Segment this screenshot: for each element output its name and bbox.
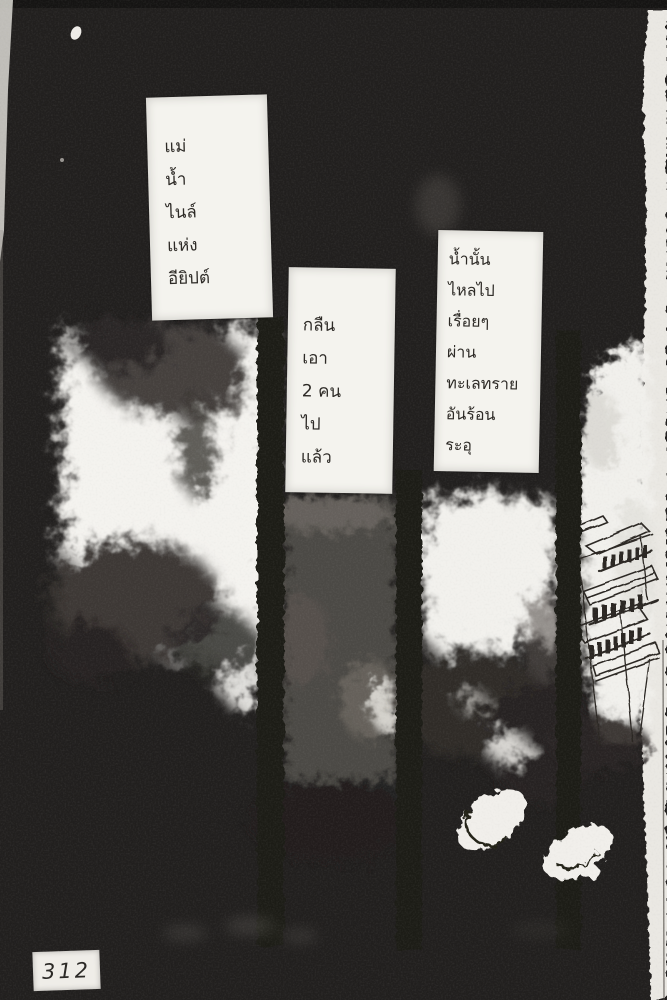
note-line: อันร้อน	[446, 398, 538, 431]
note-line: 2 คน	[302, 375, 391, 409]
note-line: ทะเลทราย	[446, 367, 538, 400]
ink-wash-artwork	[0, 0, 667, 1000]
handwritten-note-3: น้ำนั้น ไหลไป เรื่อยๆ ผ่าน ทะเลทราย อันร…	[434, 230, 544, 473]
note-line: ผ่าน	[447, 336, 539, 369]
note-line: แม่	[164, 129, 263, 165]
note-line: แล้ว	[301, 441, 390, 475]
note-line: แห่ง	[167, 227, 266, 263]
manga-page: แม่ น้ำ ไนล์ แห่ง อียิปต์ กลืน เอา 2 คน …	[0, 0, 667, 1000]
note-line: น้ำนั้น	[448, 243, 540, 276]
note-line: กลืน	[303, 309, 392, 343]
note-line: อียิปต์	[168, 260, 267, 296]
note-line: ไหลไป	[448, 274, 540, 307]
note-line: เอา	[302, 342, 391, 376]
note-line: เรื่อยๆ	[447, 305, 539, 338]
handwritten-note-1: แม่ น้ำ ไนล์ แห่ง อียิปต์	[146, 94, 273, 320]
note-line: ไนล์	[166, 194, 265, 230]
film-grain-dark	[0, 0, 667, 1000]
note-line: ไป	[301, 408, 390, 442]
note-line: ระอุ	[445, 429, 537, 462]
note-line: น้ำ	[165, 161, 264, 197]
page-number-badge: 312	[32, 950, 100, 991]
page-number: 312	[42, 958, 92, 984]
handwritten-note-2: กลืน เอา 2 คน ไป แล้ว	[285, 267, 396, 494]
